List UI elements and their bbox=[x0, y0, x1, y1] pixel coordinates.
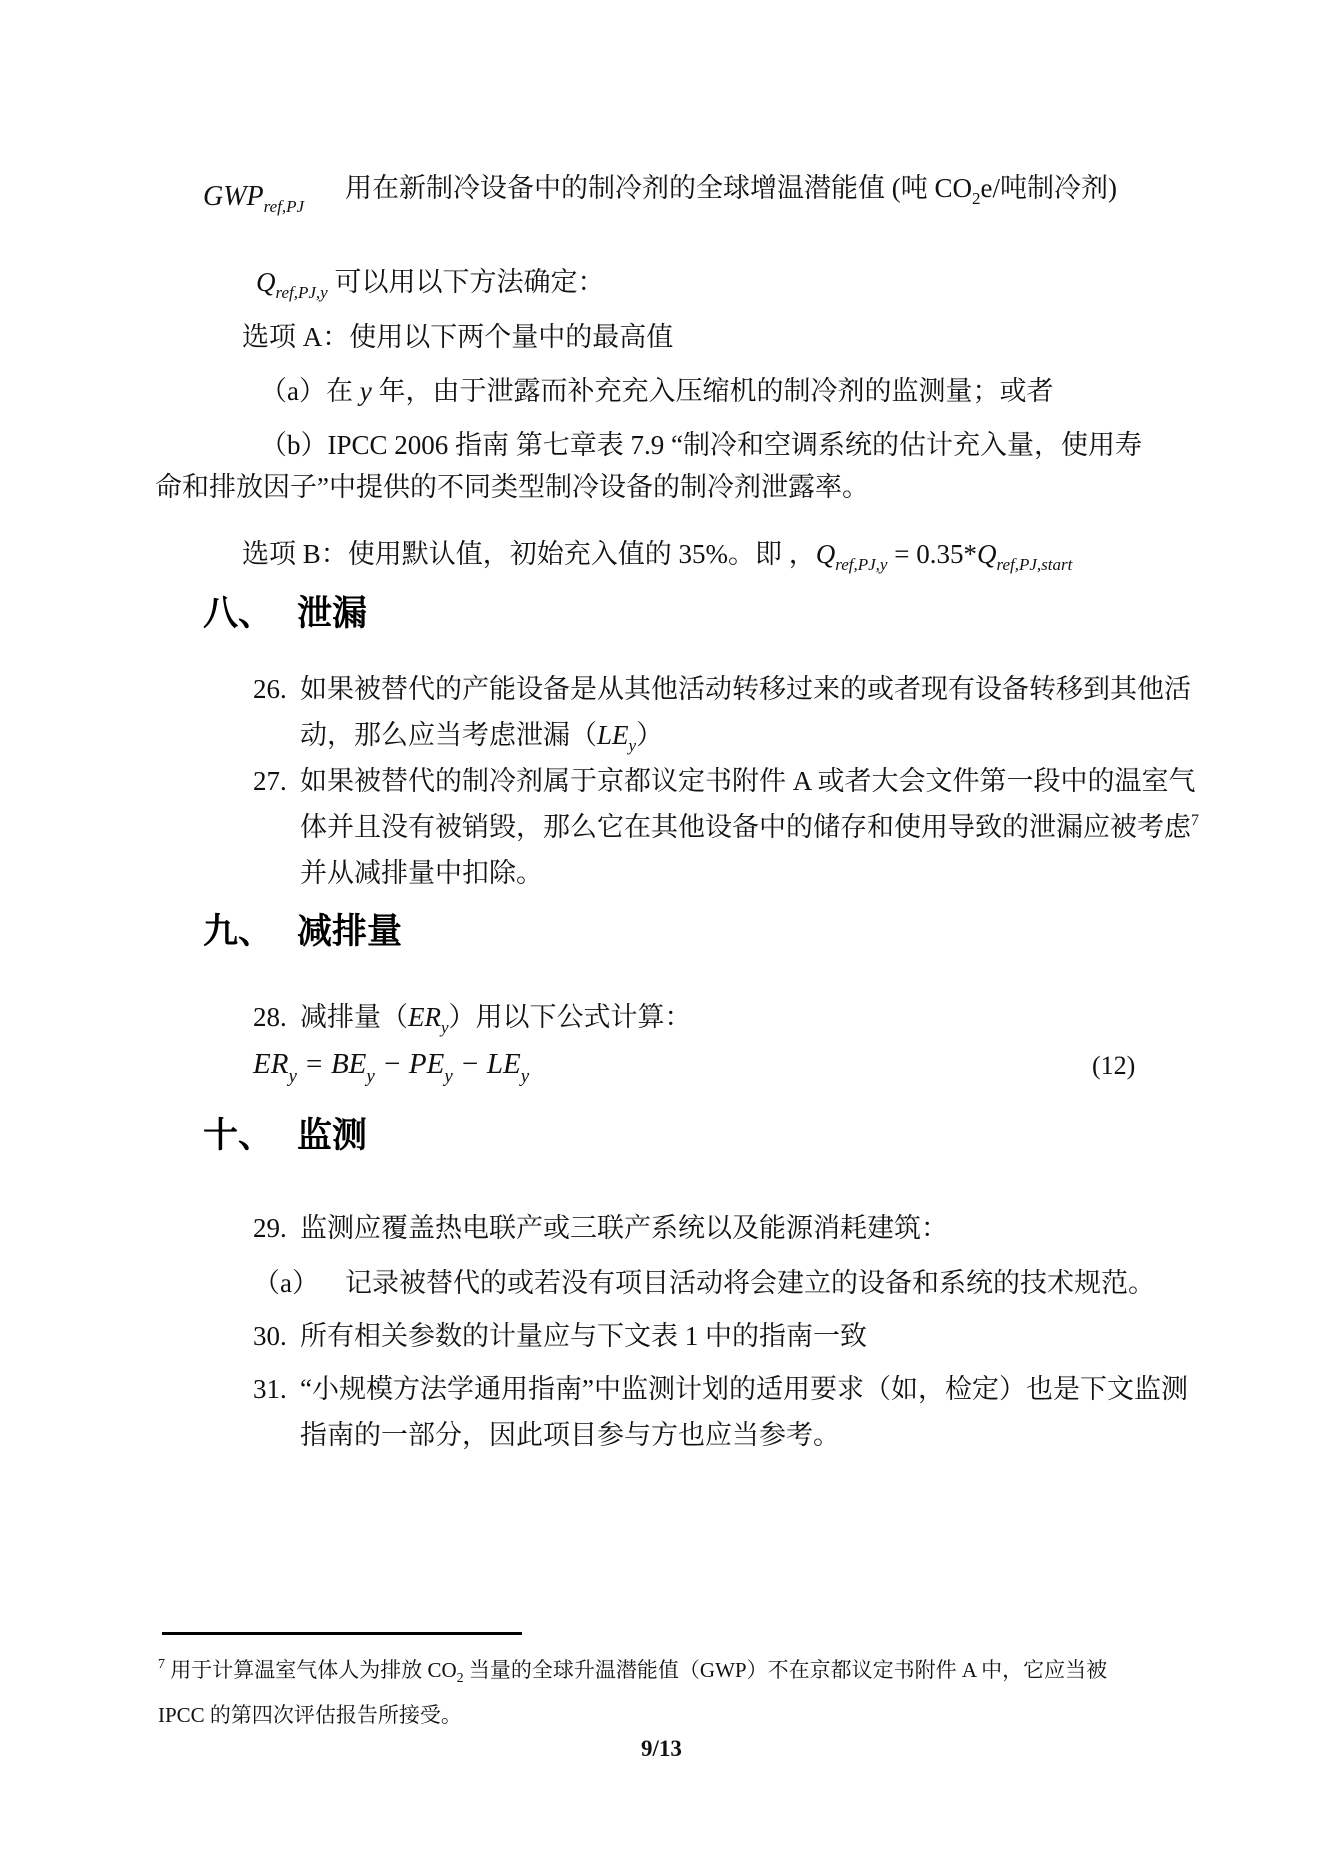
equation-12-number: (12) bbox=[1092, 1051, 1135, 1081]
item-number: 31. bbox=[253, 1366, 287, 1412]
q-intro-line: Qref,PJ,y 可以用以下方法确定： bbox=[256, 260, 604, 305]
footnote-separator bbox=[162, 1632, 522, 1635]
list-item-29a: （a）记录被替代的或若没有项目活动将会建立的设备和系统的技术规范。 bbox=[253, 1261, 1155, 1306]
sub-item-a: （a）在 y 年，由于泄露而补充充入压缩机的制冷剂的监测量；或者 bbox=[260, 369, 1053, 414]
section-title: 监测 bbox=[297, 1116, 367, 1156]
section-heading-leakage: 八、 泄漏 bbox=[203, 594, 367, 634]
list-item-28: 28. 减排量（ERy）用以下公式计算： bbox=[253, 995, 1200, 1040]
section-number: 九、 bbox=[203, 912, 297, 952]
section-heading-monitoring: 十、 监测 bbox=[203, 1116, 367, 1156]
list-item-30: 30. 所有相关参数的计量应与下文表 1 中的指南一致 bbox=[253, 1314, 1200, 1359]
item-number: 30. bbox=[253, 1314, 287, 1359]
gwp-symbol: GWP bbox=[203, 181, 264, 212]
page-number: 9/13 bbox=[0, 1736, 1323, 1762]
list-item-27: 27. 如果被替代的制冷剂属于京都议定书附件 A 或者大会文件第一段中的温室气体… bbox=[253, 758, 1200, 896]
option-b-line: 选项 B：使用默认值，初始充入值的 35%。即 ，Qref,PJ,y = 0.3… bbox=[242, 532, 1072, 577]
section-heading-emission-reductions: 九、 减排量 bbox=[203, 912, 402, 952]
q-subscript: ref,PJ,y bbox=[276, 283, 328, 302]
list-item-29: 29. 监测应覆盖热电联产或三联产系统以及能源消耗建筑： bbox=[253, 1206, 1200, 1251]
sub-item-a-marker: （a） bbox=[260, 376, 326, 406]
section-title: 泄漏 bbox=[297, 594, 367, 634]
sub-item-b: （b）IPCC 2006 指南 第七章表 7.9 “制冷和空调系统的估计充入量，… bbox=[155, 424, 1147, 508]
item-number: 29. bbox=[253, 1206, 287, 1251]
sub-item-marker: （a） bbox=[253, 1261, 345, 1306]
param-term-gwp: GWPref,PJ bbox=[203, 181, 304, 213]
equation-12: ERy = BEy − PEy − LEy bbox=[253, 1048, 529, 1081]
q-symbol: Q bbox=[256, 267, 276, 297]
document-page: GWPref,PJ 用在新制冷设备中的制冷剂的全球增温潜能值 (吨 CO2e/吨… bbox=[0, 0, 1323, 1871]
section-number: 八、 bbox=[203, 594, 297, 634]
list-item-26: 26. 如果被替代的产能设备是从其他活动转移过来的或者现有设备转移到其他活动，那… bbox=[253, 666, 1200, 758]
param-definition-text: 用在新制冷设备中的制冷剂的全球增温潜能值 (吨 CO2e/吨制冷剂) bbox=[345, 166, 1117, 211]
footnote-number: 7 bbox=[158, 1657, 165, 1672]
section-number: 十、 bbox=[203, 1116, 297, 1156]
item-number: 26. bbox=[253, 666, 287, 712]
list-item-31: 31. “小规模方法学通用指南”中监测计划的适用要求（如，检定）也是下文监测指南… bbox=[253, 1366, 1200, 1458]
footnote-reference-7: 7 bbox=[1191, 812, 1199, 829]
item-number: 28. bbox=[253, 995, 287, 1040]
item-number: 27. bbox=[253, 758, 287, 804]
gwp-subscript: ref,PJ bbox=[264, 197, 304, 216]
option-a-line: 选项 A：使用以下两个量中的最高值 bbox=[242, 315, 673, 360]
footnote-7: 7 用于计算温室气体人为排放 CO2 当量的全球升温潜能值（GWP）不在京都议定… bbox=[158, 1648, 1153, 1738]
section-title: 减排量 bbox=[297, 912, 402, 952]
